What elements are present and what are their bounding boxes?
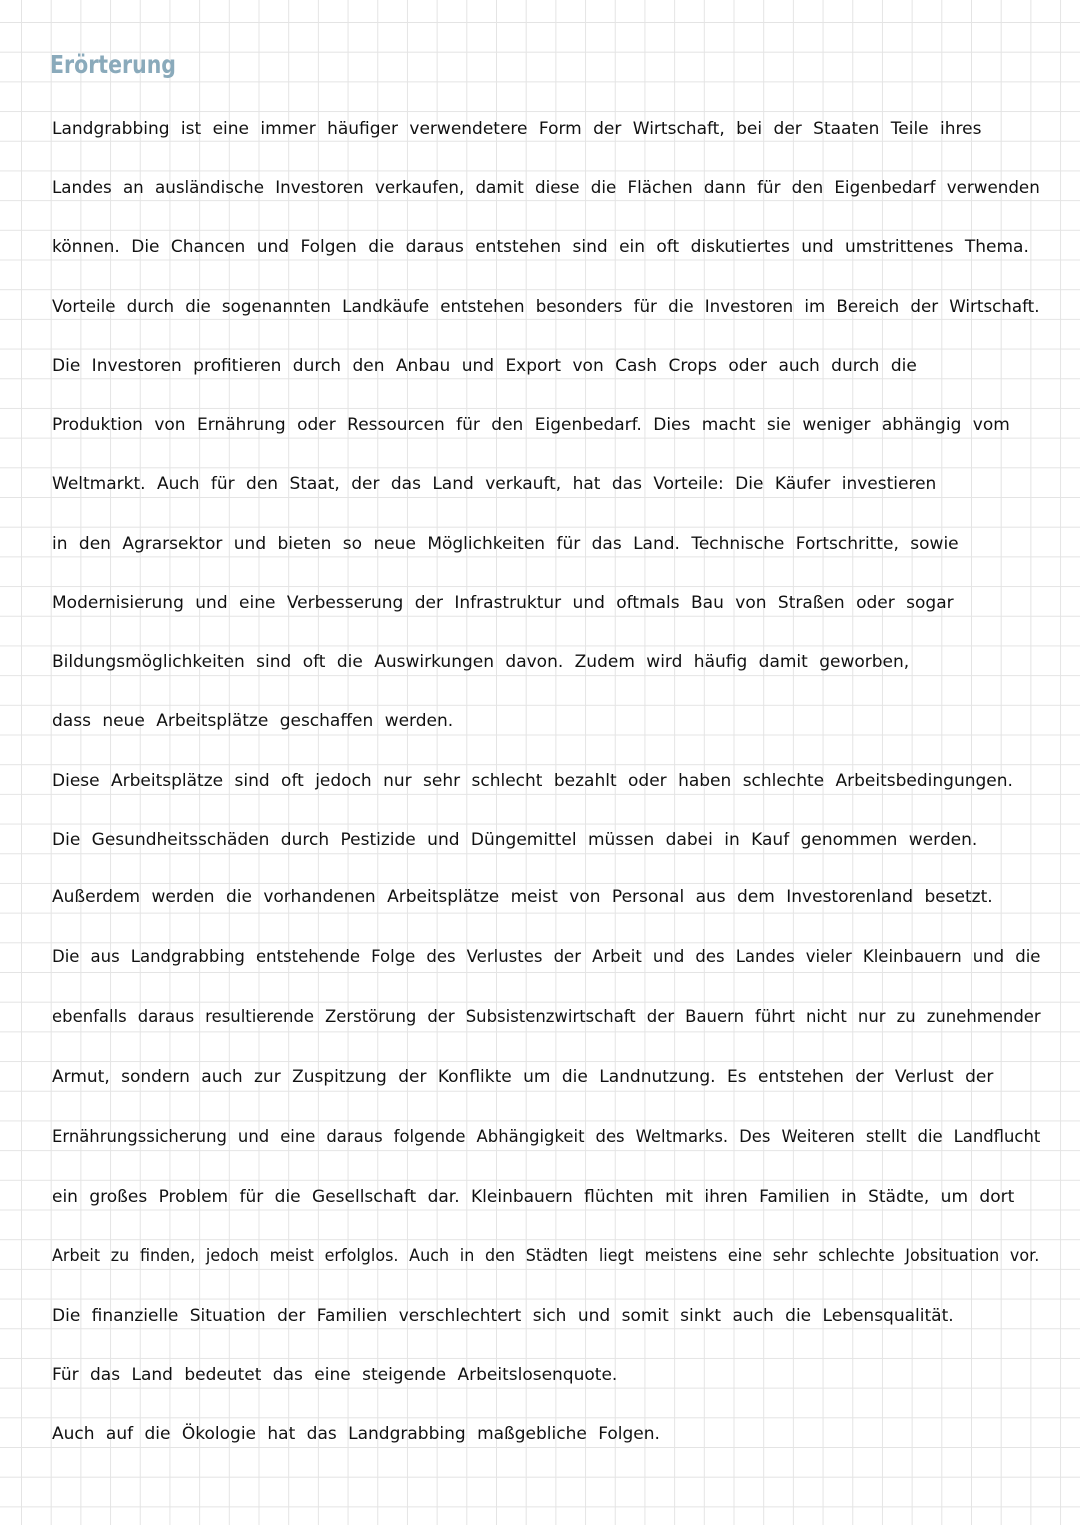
text-line-12: Diese Arbeitsplätze sind oft jedoch nur …: [52, 771, 1013, 791]
text-line-22: Für das Land bedeutet das eine steigende…: [52, 1365, 617, 1385]
text-line-10: Bildungsmöglichkeiten sind oft die Auswi…: [52, 652, 909, 672]
text-line-5: Die Investoren profitieren durch den Anb…: [52, 356, 917, 376]
notebook-page: Erörterung Landgrabbing ist eine immer h…: [0, 0, 1080, 1525]
text-line-7: Weltmarkt. Auch für den Staat, der das L…: [52, 474, 936, 494]
text-line-23: Auch auf die Ökologie hat das Landgrabbi…: [52, 1424, 660, 1444]
text-line-18: Ernährungssicherung und eine daraus folg…: [52, 1127, 1040, 1147]
text-line-4: Vorteile durch die sogenannten Landkäufe…: [52, 297, 1040, 317]
text-line-13: Die Gesundheitsschäden durch Pestizide u…: [52, 830, 977, 850]
text-line-20: Arbeit zu finden, jedoch meist erfolglos…: [52, 1246, 1039, 1266]
text-line-6: Produktion von Ernährung oder Ressourcen…: [52, 415, 1010, 435]
text-line-9: Modernisierung und eine Verbesserung der…: [52, 593, 954, 613]
text-line-3: können. Die Chancen und Folgen die darau…: [52, 237, 1029, 257]
text-line-1: Landgrabbing ist eine immer häufiger ver…: [52, 119, 981, 139]
text-line-14: Außerdem werden die vorhandenen Arbeitsp…: [52, 887, 993, 907]
text-line-8: in den Agrarsektor und bieten so neue Mö…: [52, 534, 959, 554]
text-line-16: ebenfalls daraus resultierende Zerstörun…: [52, 1007, 1041, 1027]
text-line-15: Die aus Landgrabbing entstehende Folge d…: [52, 947, 1040, 967]
page-title: Erörterung: [50, 50, 176, 79]
text-line-2: Landes an ausländische Investoren verkau…: [52, 178, 1040, 198]
text-line-19: ein großes Problem für die Gesellschaft …: [52, 1187, 1014, 1207]
text-line-21: Die finanzielle Situation der Familien v…: [52, 1306, 954, 1326]
text-line-17: Armut, sondern auch zur Zuspitzung der K…: [52, 1067, 993, 1087]
text-line-11: dass neue Arbeitsplätze geschaffen werde…: [52, 711, 453, 731]
